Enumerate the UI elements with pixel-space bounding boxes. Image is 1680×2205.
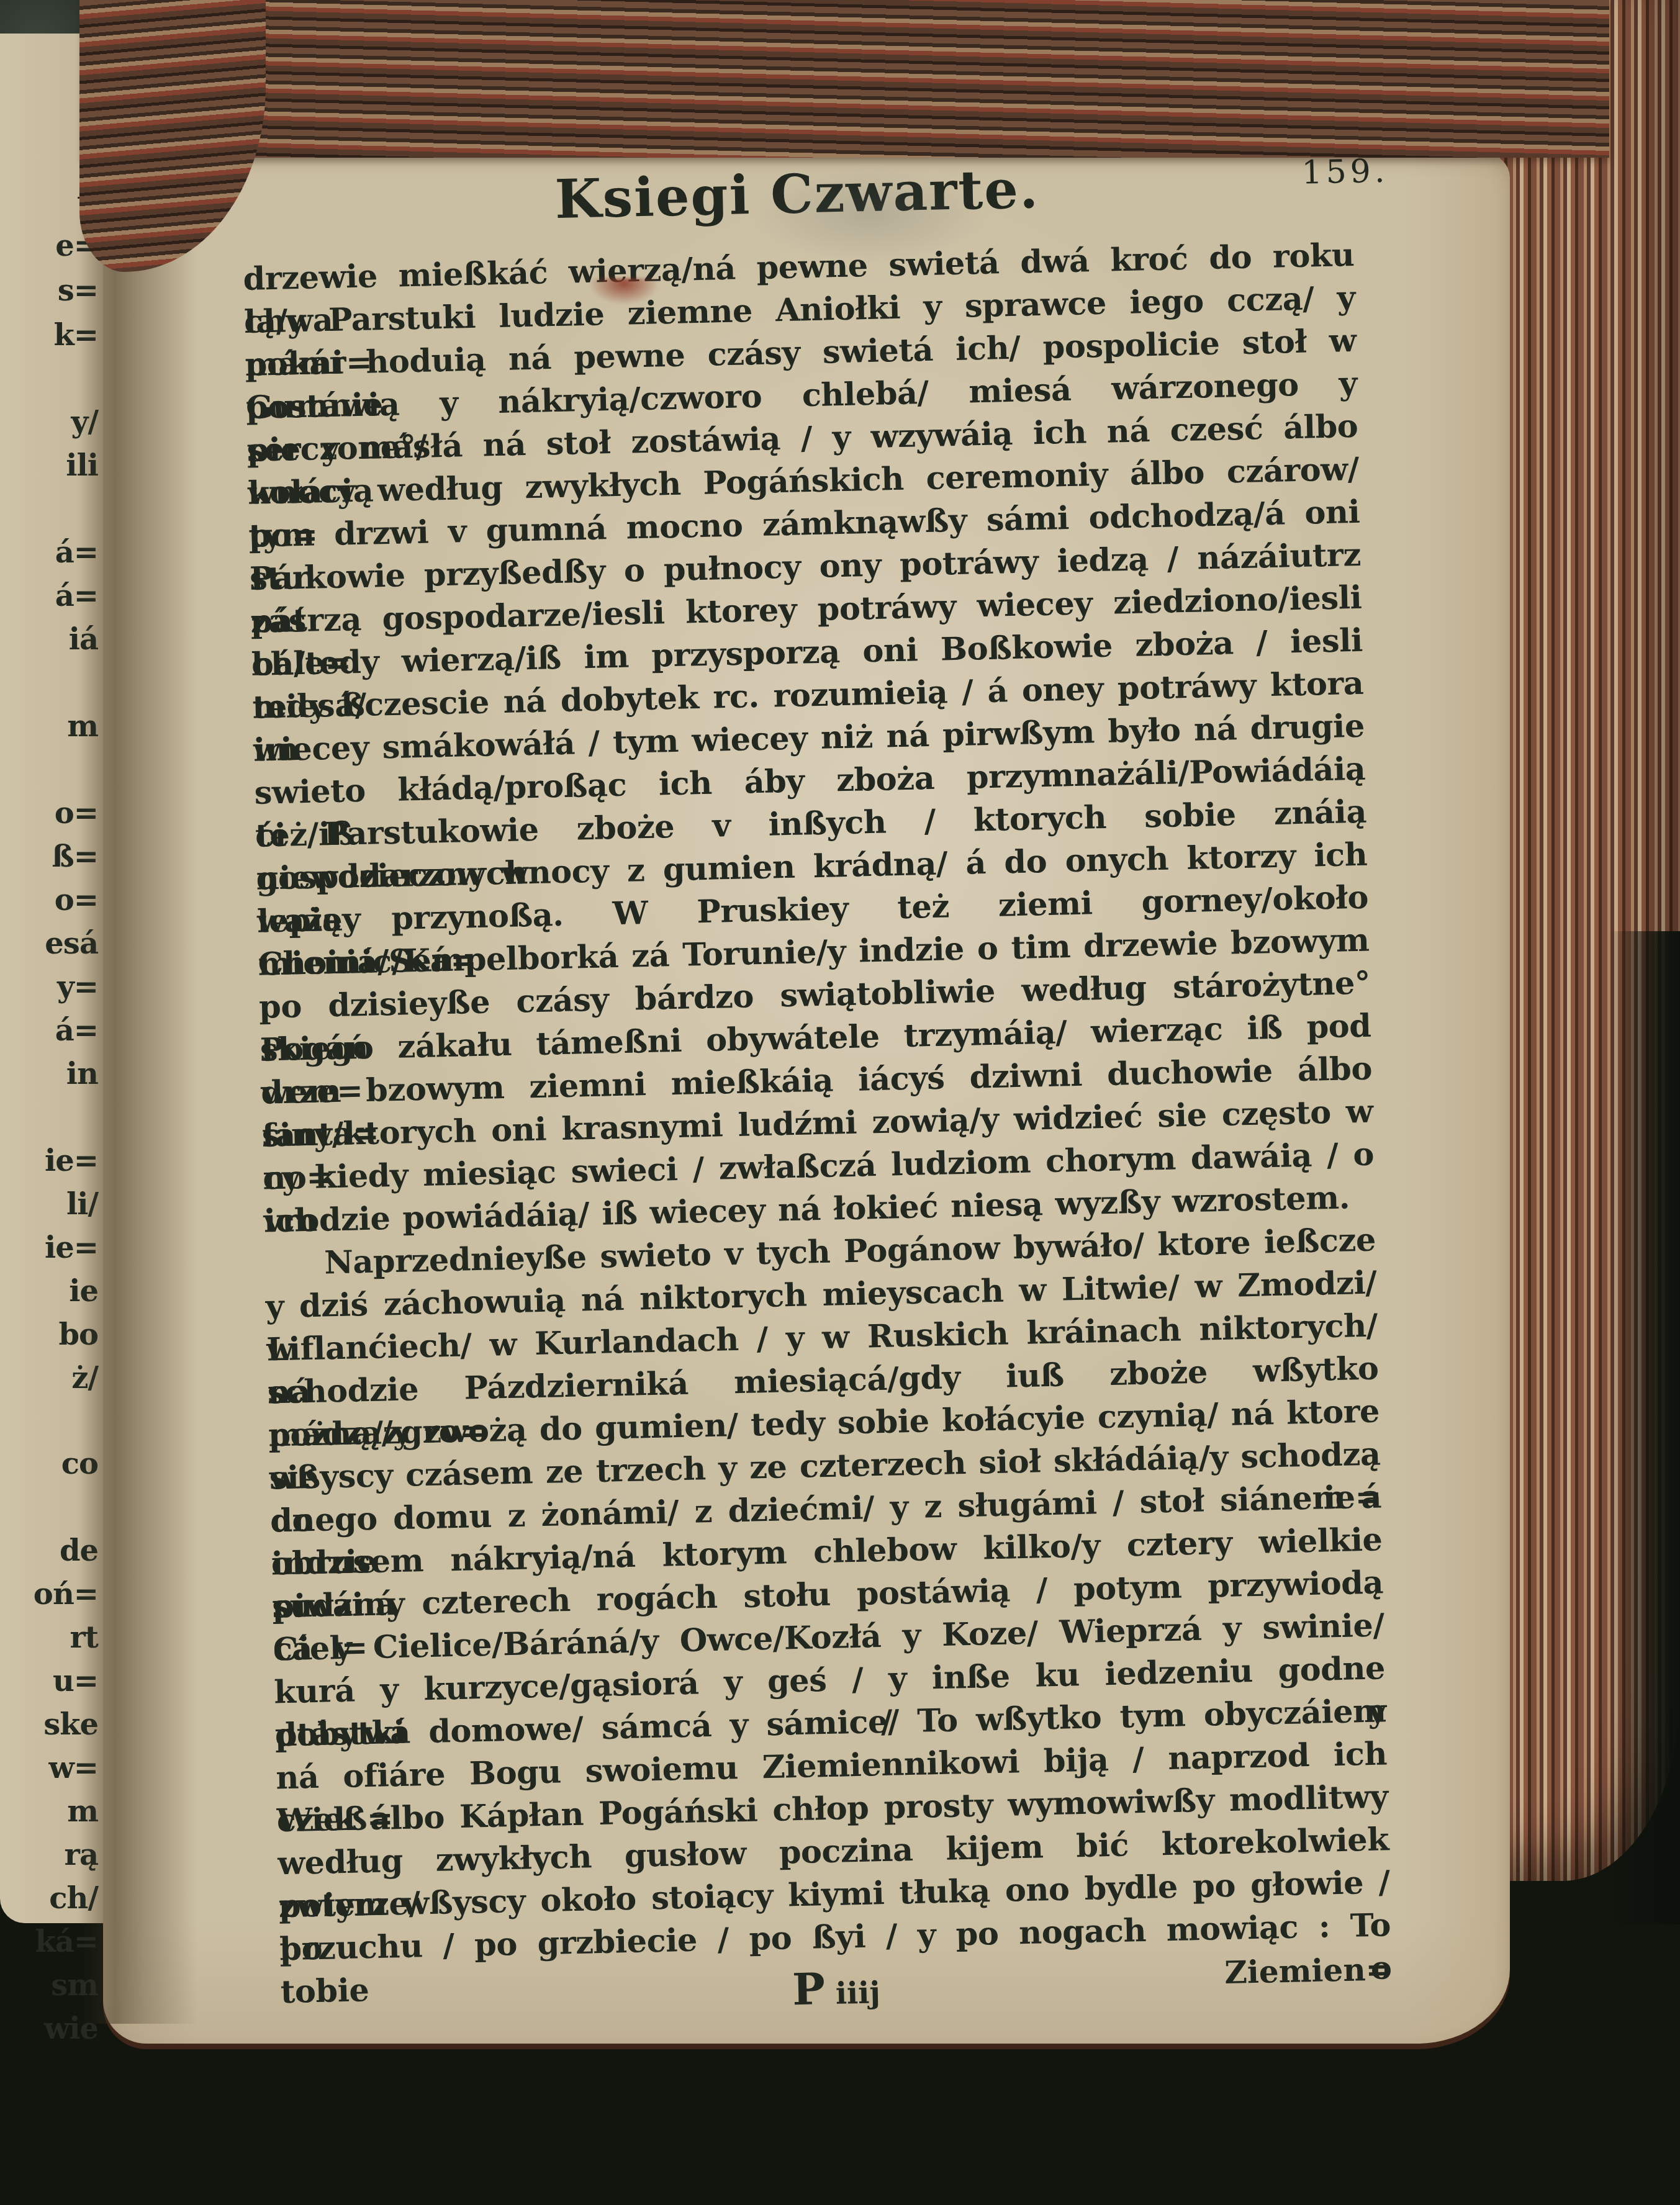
facing-page-line-fragment: ili [66, 448, 98, 483]
facing-page-line-fragment: k= [54, 318, 98, 353]
catchword: Ziemien= [1224, 1950, 1392, 1991]
body-text: drzewie mießkáć wierzą/ná pewne swietá d… [243, 234, 1391, 1971]
book-photo: oue=s=k=y/iliá=á=iámo=ß=o=esáy=á=inie=li… [0, 0, 1680, 2205]
facing-page-line-fragment: oń= [34, 1577, 98, 1612]
facing-page-line-fragment: s= [58, 273, 98, 308]
facing-page-line-fragment: w= [48, 1751, 98, 1785]
facing-page-line-fragment: o= [55, 883, 98, 918]
facing-page-line-fragment: sm [51, 1968, 98, 2003]
facing-page-line-fragment: in [66, 1057, 98, 1091]
facing-page-line-fragment: rt [70, 1620, 98, 1655]
facing-page-line-fragment: y= [57, 970, 98, 1004]
facing-page-line-fragment: ká= [35, 1924, 98, 1959]
red-edge-stain [577, 278, 671, 334]
facing-page-line-fragment: ie= [45, 1143, 98, 1178]
facing-page-line-fragment: y/ [71, 405, 98, 440]
page-number: 159. [1301, 153, 1389, 192]
book-page: Ksiegi Czwarte. 159. drzewie mießkáć wie… [103, 153, 1510, 2044]
ink-show-through [714, 149, 1024, 279]
facing-page-line-fragment: u= [53, 1664, 98, 1698]
facing-page-line-fragment: á= [55, 535, 98, 570]
facing-page-line-fragment: m [67, 709, 98, 744]
facing-page-line-fragment: rą [65, 1837, 98, 1872]
signature-numeral: iiij [835, 1975, 880, 2011]
book-top-page-edges [82, 0, 1609, 158]
facing-page-line-fragment: á= [55, 1013, 98, 1048]
facing-page-line-fragment: bo [58, 1317, 98, 1352]
signature-letter: P [792, 1963, 825, 2015]
facing-page-line-fragment: de [60, 1533, 98, 1568]
facing-page-line-fragment: ż/ [71, 1361, 98, 1396]
facing-page-line-fragment: ske [43, 1707, 98, 1742]
facing-page-line-fragment: ch/ [49, 1881, 98, 1916]
facing-page-line-fragment: co [61, 1446, 98, 1481]
facing-page-line-fragment: o= [55, 796, 98, 831]
page-text-block: Ksiegi Czwarte. 159. drzewie mießkáć wie… [241, 151, 1393, 2037]
facing-page-line-fragment: m [67, 1794, 98, 1829]
facing-page-line-fragment: esá [45, 926, 98, 961]
facing-page-line-fragment: ß= [52, 839, 98, 874]
facing-page-line-fragment: iá [69, 622, 98, 657]
facing-page-line-fragment: á= [55, 579, 98, 613]
facing-page-line-fragment: wie [44, 2011, 98, 2046]
facing-page-line-fragment: li/ [66, 1187, 98, 1222]
facing-page-line-fragment: ie [69, 1274, 98, 1309]
facing-page-line-fragment: ie= [45, 1230, 98, 1265]
